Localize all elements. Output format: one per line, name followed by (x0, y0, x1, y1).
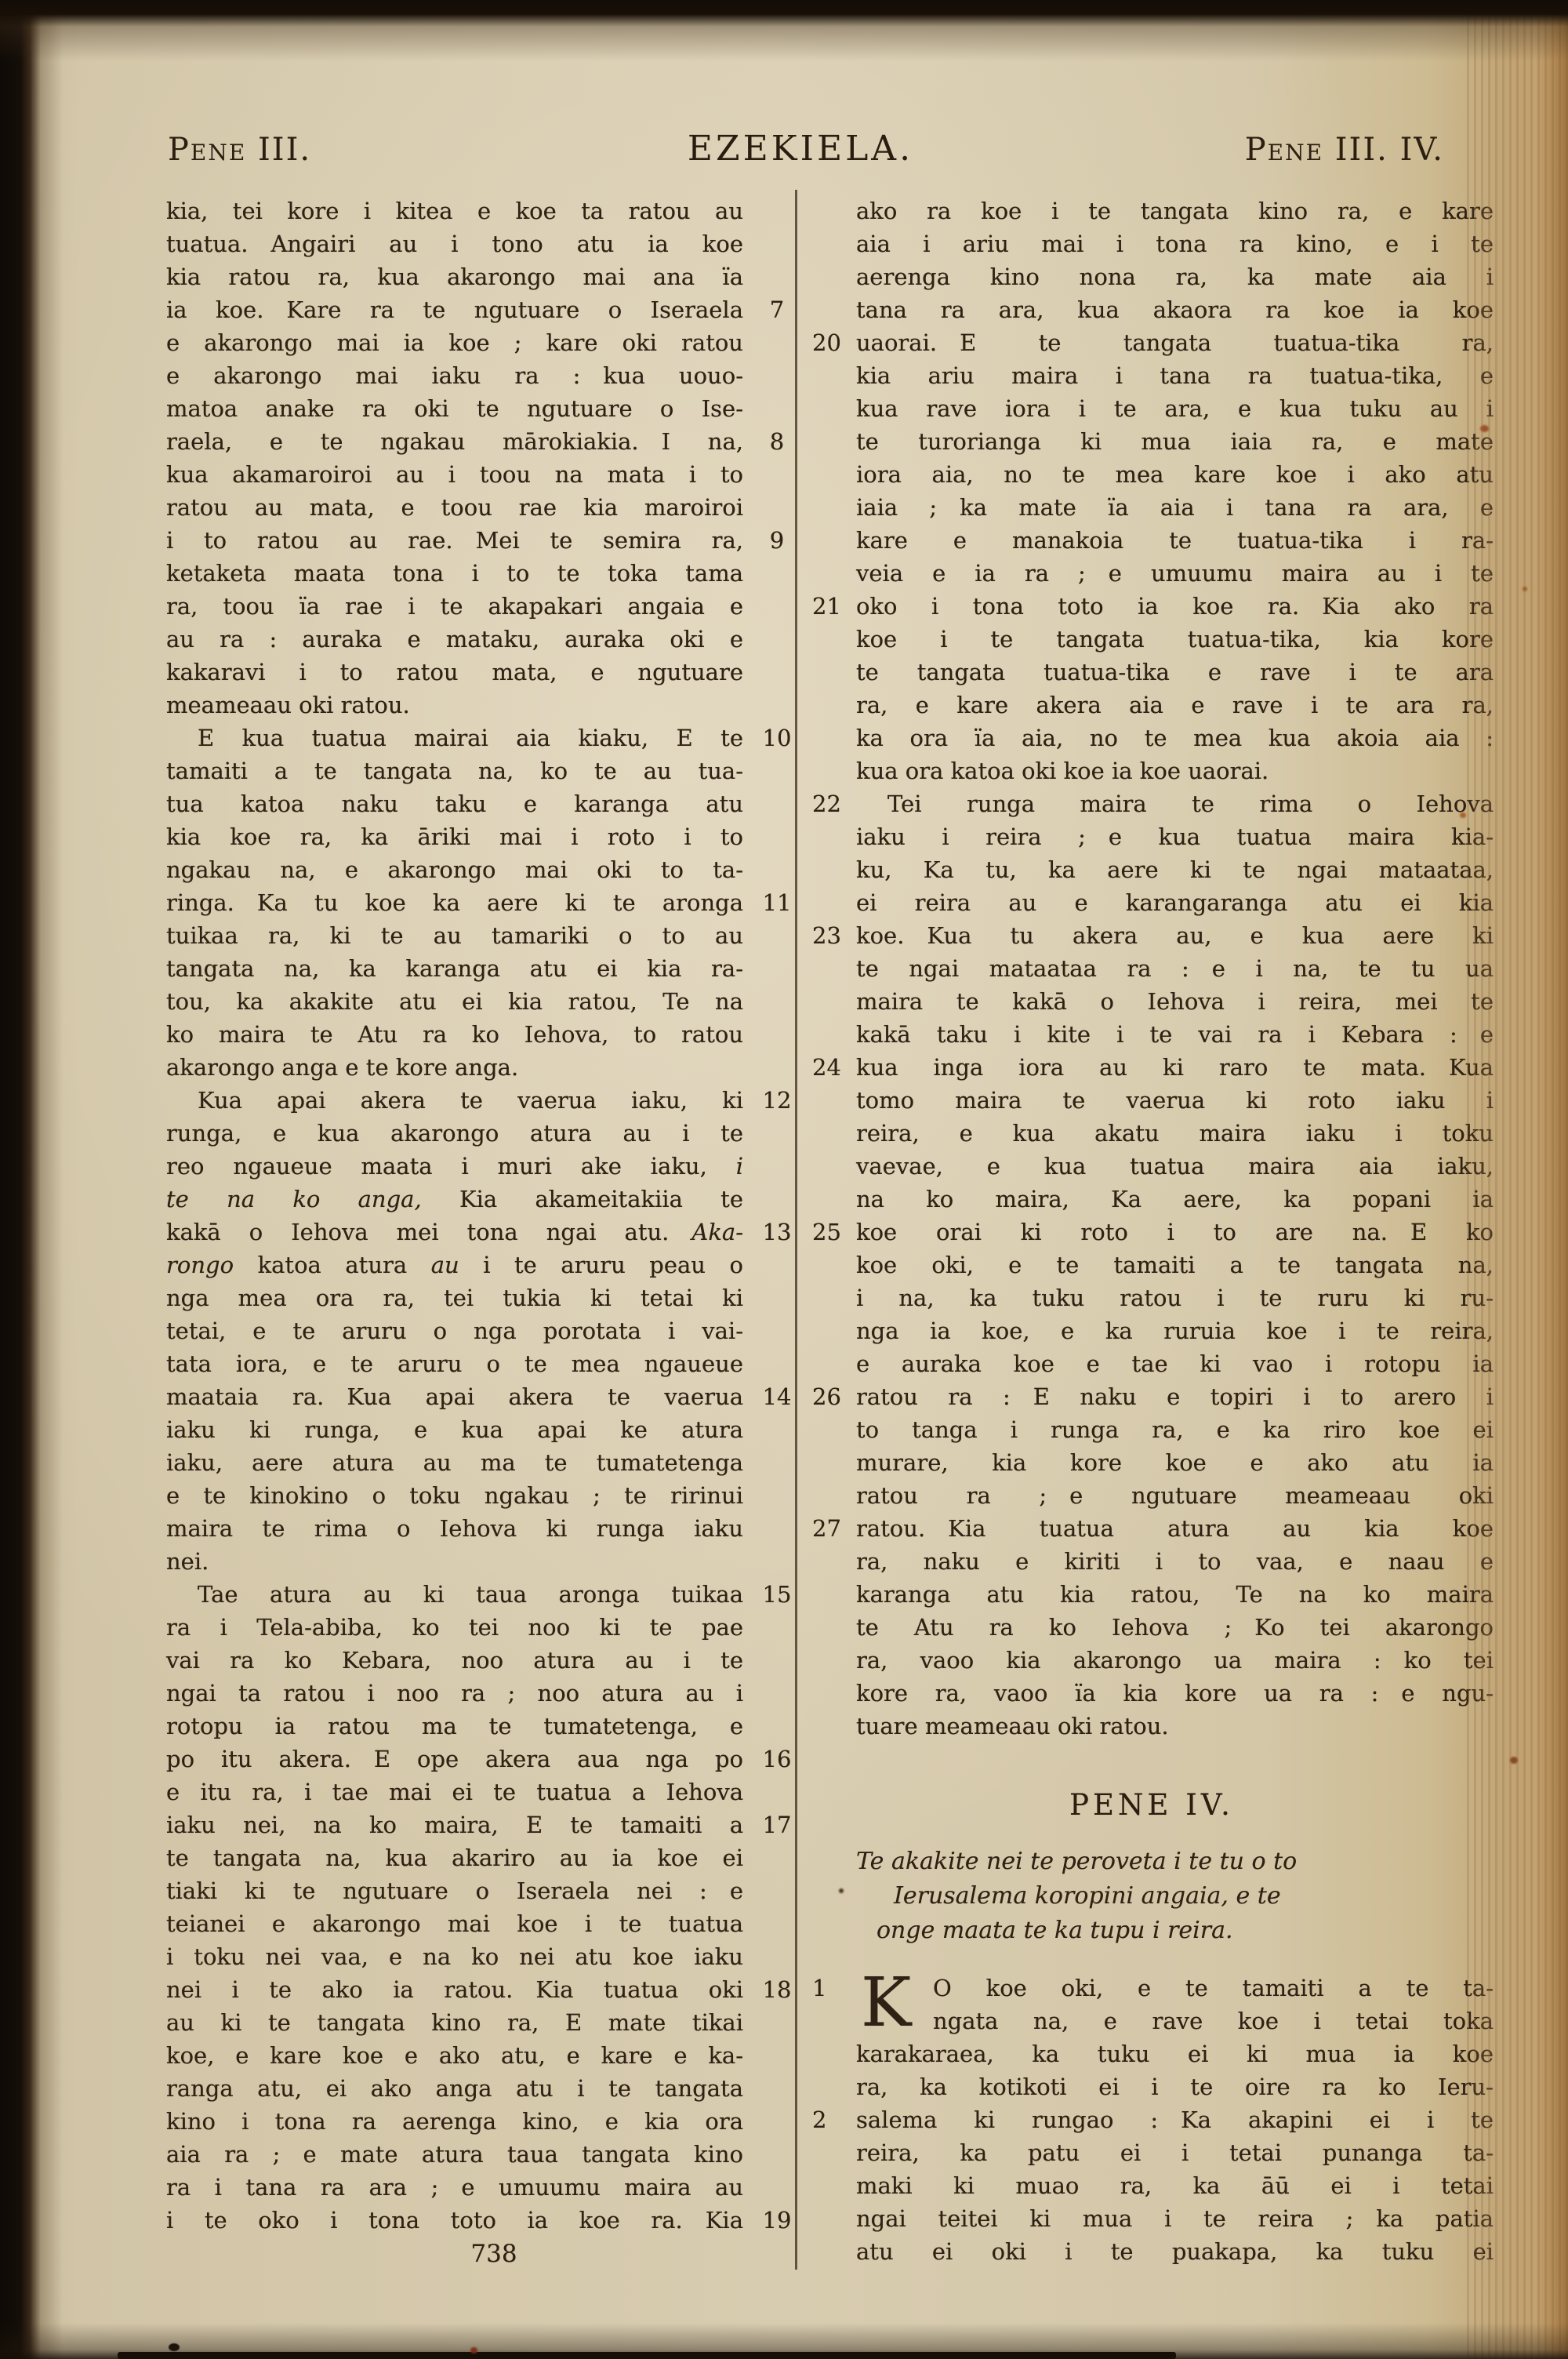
verse-gutter (743, 194, 811, 227)
verse-gutter (808, 656, 856, 689)
text-line: iaku, aere atura au ma te tumatetenga (166, 1446, 811, 1479)
foxing-spot (1523, 587, 1527, 591)
text-line: tuikaa ra, ki te au tamariki o to au (166, 919, 811, 952)
line-text: te tangata na, kua akariro au ia koe ei (166, 1841, 743, 1874)
line-text: ketaketa maata tona i to te toka tama (166, 557, 743, 590)
verse-gutter (743, 260, 811, 293)
text-line: tiaki ki te ngutuare o Iseraela nei : e (166, 1874, 811, 1907)
verse-number: 8 (743, 425, 811, 458)
summary-line: Ierusalema koropini angaia, e te (808, 1879, 1496, 1914)
verse-gutter (743, 2006, 811, 2039)
text-line: e te kinokino o toku ngakau ; te ririnui (166, 1479, 811, 1512)
text-line: tamaiti a te tangata na, ko te au tua- (166, 754, 811, 787)
line-text: ra, ka kotikoti ei i te oire ra ko Ieru- (856, 2070, 1494, 2103)
line-text: ia koe. Kare ra te ngutuare o Iseraela (166, 293, 743, 326)
line-text: rongo katoa atura au i te aruru peau o (166, 1249, 743, 1281)
text-line: te turorianga ki mua iaia ra, e mate (808, 425, 1496, 458)
text-line: 25koe orai ki roto i to are na. E ko (808, 1216, 1496, 1249)
text-line: te tangata na, kua akariro au ia koe ei (166, 1841, 811, 1874)
line-text: kua akamaroiroi au i toou na mata i to (166, 458, 743, 491)
verse-gutter (743, 754, 811, 787)
verse-gutter (743, 491, 811, 524)
text-line: nei i te ako ia ratou. Kia tuatua oki18 (166, 1973, 811, 2006)
line-text: ngata na, e rave koe i tetai toka (856, 2005, 1494, 2037)
line-text: tua katoa naku taku e karanga atu (166, 787, 743, 820)
text-line: e itu ra, i tae mai ei te tuatua a Iehov… (166, 1776, 811, 1808)
text-line: ko maira te Atu ra ko Iehova, to ratou (166, 1018, 811, 1051)
line-text: vai ra ko Kebara, noo atura au i te (166, 1644, 743, 1677)
text-line: veia e ia ra ; e umuumu maira au i te (808, 557, 1496, 590)
verse-number: 15 (743, 1578, 811, 1611)
verse-gutter (743, 1347, 811, 1380)
verse-gutter (743, 689, 811, 722)
text-line: iaku ki runga, e kua apai ke atura (166, 1413, 811, 1446)
verse-gutter (808, 1347, 856, 1380)
verse-gutter (808, 722, 856, 754)
text-line: ka ora ïa aia, no te mea kua akoia aia : (808, 722, 1496, 754)
line-text: i to ratou au rae. Mei te semira ra, (166, 524, 743, 557)
verse-gutter (808, 853, 856, 886)
text-line: aia i ariu mai i tona ra kino, e i te (808, 227, 1496, 260)
text-line: ra i Tela-abiba, ko tei noo ki te pae (166, 1611, 811, 1644)
text-line: ra, e kare akera aia e rave i te ara ra, (808, 689, 1496, 722)
line-text: te na ko anga, Kia akameitakiia te (166, 1183, 743, 1216)
verse-number: 25 (808, 1216, 856, 1249)
line-text: oko i tona toto ia koe ra. Kia ako ra (856, 590, 1494, 623)
verse-number: 21 (808, 590, 856, 623)
verse-gutter (743, 1874, 811, 1907)
text-line: te Atu ra ko Iehova ; Ko tei akarongo (808, 1611, 1496, 1644)
text-line: iaku i reira ; e kua tuatua maira kia- (808, 820, 1496, 853)
foxing-spot (1480, 425, 1489, 432)
verse-gutter (808, 1117, 856, 1150)
text-line: ngai ta ratou i noo ra ; noo atura au i (166, 1677, 811, 1710)
text-line: 23koe. Kua tu akera au, e kua aere ki (808, 919, 1496, 952)
verse-gutter (743, 326, 811, 359)
text-line: reira, e kua akatu maira iaku i toku (808, 1117, 1496, 1150)
text-line: vai ra ko Kebara, noo atura au i te (166, 1644, 811, 1677)
text-line: kare e manakoia te tuatua-tika i ra- (808, 524, 1496, 557)
verse-gutter (808, 557, 856, 590)
line-text: tomo maira te vaerua ki roto iaku i (856, 1084, 1494, 1117)
chapter-heading: PENE IV. (808, 1787, 1496, 1824)
bottom-speck (169, 2343, 180, 2351)
verse-gutter (808, 952, 856, 985)
text-line: kakaravi i to ratou mata, e ngutuare (166, 656, 811, 689)
text-line: maki ki muao ra, ka āū ei i tetai (808, 2169, 1496, 2202)
verse-number: 17 (743, 1808, 811, 1841)
verse-gutter (808, 1545, 856, 1578)
verse-gutter (743, 1051, 811, 1084)
text-line: iaku nei, na ko maira, E te tamaiti a17 (166, 1808, 811, 1841)
verse-number: 7 (743, 293, 811, 326)
text-line: i toku nei vaa, e na ko nei atu koe iaku (166, 1940, 811, 1973)
verse-gutter (743, 1150, 811, 1183)
line-text: E kua tuatua mairai aia kiaku, E te (166, 722, 743, 754)
line-text: kua ora katoa oki koe ia koe uaorai. (856, 754, 1494, 787)
line-text: atu ei oki i te puakapa, ka tuku ei (856, 2235, 1494, 2268)
line-text: ra, vaoo kia akarongo ua maira : ko tei (856, 1644, 1494, 1677)
verse-number: 18 (743, 1973, 811, 2006)
line-text: nei. (166, 1545, 743, 1578)
line-text: ra, e kare akera aia e rave i te ara ra, (856, 689, 1494, 722)
text-line: ia koe. Kare ra te ngutuare o Iseraela7 (166, 293, 811, 326)
verse-number: 24 (808, 1051, 856, 1084)
text-line: ei reira au e karangaranga atu ei kia (808, 886, 1496, 919)
line-text: tuare meameaau oki ratou. (856, 1710, 1494, 1743)
text-line: i to ratou au rae. Mei te semira ra,9 (166, 524, 811, 557)
verse-gutter (743, 1907, 811, 1940)
text-line: ra i tana ra ara ; e umuumu maira au (166, 2171, 811, 2204)
verse-gutter (808, 491, 856, 524)
verse-gutter (808, 425, 856, 458)
line-text: tuikaa ra, ki te au tamariki o to au (166, 919, 743, 952)
line-text: tuatua. Angairi au i tono atu ia koe (166, 227, 743, 260)
verse-gutter (743, 623, 811, 656)
summary-line: Te akakite nei te peroveta i te tu o to (808, 1845, 1496, 1879)
verse-gutter (808, 260, 856, 293)
line-text: te ngai mataataa ra : e i na, te tu ua (856, 952, 1494, 985)
line-text: nei i te ako ia ratou. Kia tuatua oki (166, 1973, 743, 2006)
text-line: au ki te tangata kino ra, E mate tikai (166, 2006, 811, 2039)
text-line: reo ngaueue maata i muri ake iaku, i (166, 1150, 811, 1183)
line-text: ko maira te Atu ra ko Iehova, to ratou (166, 1018, 743, 1051)
line-text: ngakau na, e akarongo mai oki to ta- (166, 853, 743, 886)
text-line: teianei e akarongo mai koe i te tuatua (166, 1907, 811, 1940)
text-line: tana ra ara, kua akaora ra koe ia koe (808, 293, 1496, 326)
line-text: salema ki rungao : Ka akapini ei i te (856, 2103, 1494, 2136)
verse-gutter (808, 1249, 856, 1281)
verse-gutter (743, 557, 811, 590)
verse-gutter (743, 1249, 811, 1281)
verse-gutter (743, 1314, 811, 1347)
verse-gutter (808, 1677, 856, 1710)
verse-gutter (743, 1611, 811, 1644)
verse-number: 27 (808, 1512, 856, 1545)
verse-gutter (743, 1117, 811, 1150)
text-line: kore ra, vaoo ïa kia kore ua ra : e ngu- (808, 1677, 1496, 1710)
line-text: aerenga kino nona ra, ka mate aia i (856, 260, 1494, 293)
verse-gutter (743, 2105, 811, 2138)
text-line: te tangata tuatua-tika e rave i te ara (808, 656, 1496, 689)
line-text: karakaraea, ka tuku ei ki mua ia koe (856, 2037, 1494, 2070)
verse-number: 14 (743, 1380, 811, 1413)
text-line: kakā o Iehova mei tona ngai atu. Aka-13 (166, 1216, 811, 1249)
line-text: kia, tei kore i kitea e koe ta ratou au (166, 194, 743, 227)
page-number: 738 (188, 2240, 800, 2268)
text-line: runga, e kua akarongo atura au i te (166, 1117, 811, 1150)
text-segment: reo ngaueue maata i muri ake iaku, (166, 1153, 736, 1179)
text-line: iaia ; ka mate ïa aia i tana ra ara, e (808, 491, 1496, 524)
text-line: akarongo anga e te kore anga. (166, 1051, 811, 1084)
line-text: ratou au mata, e toou rae kia maroiroi (166, 491, 743, 524)
line-text: reira, e kua akatu maira iaku i toku (856, 1117, 1494, 1150)
verse-number: 2 (808, 2103, 856, 2136)
text-segment: katoa atura (234, 1252, 431, 1278)
text-line: tangata na, ka karanga atu ei kia ra- (166, 952, 811, 985)
line-text: au ra : auraka e mataku, auraka oki e (166, 623, 743, 656)
verse-gutter (808, 2202, 856, 2235)
line-text: iaia ; ka mate ïa aia i tana ra ara, e (856, 491, 1494, 524)
line-text: iaku i reira ; e kua tuatua maira kia- (856, 820, 1494, 853)
text-line: i te oko i tona toto ia koe ra. Kia19 (166, 2204, 811, 2237)
text-line: ra, naku e kiriti i to vaa, e naau e (808, 1545, 1496, 1578)
verse-gutter (808, 1084, 856, 1117)
left-column: kia, tei kore i kitea e koe ta ratou aut… (166, 194, 811, 2237)
line-text: aia ra ; e mate atura taua tangata kino (166, 2138, 743, 2171)
verse-gutter (743, 1776, 811, 1808)
text-line: 2salema ki rungao : Ka akapini ei i te (808, 2103, 1496, 2136)
line-text: tamaiti a te tangata na, ko te au tua- (166, 754, 743, 787)
text-line: tetai, e te aruru o nga porotata i vai- (166, 1314, 811, 1347)
line-text: to tanga i runga ra, e ka riro koe ei (856, 1413, 1494, 1446)
text-line: Kua apai akera te vaerua iaku, ki12 (166, 1084, 811, 1117)
header-right-chapter: Pene III. IV. (1245, 132, 1444, 168)
text-line: 22Tei runga maira te rima o Iehova (808, 787, 1496, 820)
verse-gutter (808, 754, 856, 787)
line-text: maira te rima o Iehova ki runga iaku (166, 1512, 743, 1545)
verse-number: 23 (808, 919, 856, 952)
verse-gutter (743, 1479, 811, 1512)
text-line: e akarongo mai ia koe ; kare oki ratou (166, 326, 811, 359)
verse-number: 22 (808, 787, 856, 820)
verse-gutter (743, 1545, 811, 1578)
verse-gutter (743, 1841, 811, 1874)
text-line: ketaketa maata tona i to te toka tama (166, 557, 811, 590)
line-text: KO koe oki, e te tamaiti a te ta- (856, 1972, 1494, 2005)
line-text: te tangata tuatua-tika e rave i te ara (856, 656, 1494, 689)
line-text: tiaki ki te ngutuare o Iseraela nei : e (166, 1874, 743, 1907)
verse-gutter (743, 392, 811, 425)
italic-text-segment: te na ko anga, (166, 1186, 422, 1212)
line-text: murare, kia kore koe e ako atu ia (856, 1446, 1494, 1479)
text-line: ngata na, e rave koe i tetai toka (808, 2005, 1496, 2037)
text-line: rongo katoa atura au i te aruru peau o (166, 1249, 811, 1281)
verse-gutter (743, 590, 811, 623)
text-line: kino i tona ra aerenga kino, e kia ora (166, 2105, 811, 2138)
line-text: ra i Tela-abiba, ko tei noo ki te pae (166, 1611, 743, 1644)
line-text: i na, ka tuku ratou i te ruru ki ru- (856, 1281, 1494, 1314)
italic-text-segment: i (736, 1153, 743, 1179)
line-text: e akarongo mai ia koe ; kare oki ratou (166, 326, 743, 359)
line-text: tata iora, e te aruru o te mea ngaueue (166, 1347, 743, 1380)
text-line: te na ko anga, Kia akameitakiia te (166, 1183, 811, 1216)
text-line: maira te kakā o Iehova i reira, mei te (808, 985, 1496, 1018)
verse-gutter (743, 853, 811, 886)
text-line: koe, e kare koe e ako atu, e kare e ka- (166, 2039, 811, 2072)
line-text: e te kinokino o toku ngakau ; te ririnui (166, 1479, 743, 1512)
text-line: kia ratou ra, kua akarongo mai ana ïa (166, 260, 811, 293)
verse-number: 11 (743, 886, 811, 919)
line-text: ka ora ïa aia, no te mea kua akoia aia : (856, 722, 1494, 754)
line-text: meameaau oki ratou. (166, 689, 743, 722)
text-line: maataia ra. Kua apai akera te vaerua14 (166, 1380, 811, 1413)
text-line: tuatua. Angairi au i tono atu ia koe (166, 227, 811, 260)
verse-gutter (808, 1183, 856, 1216)
verse-gutter (743, 985, 811, 1018)
verse-gutter (743, 1413, 811, 1446)
verse-number: 26 (808, 1380, 856, 1413)
line-text: ngai ta ratou i noo ra ; noo atura au i (166, 1677, 743, 1710)
verse-number: 20 (808, 326, 856, 359)
line-text: kia ariu maira i tana ra tuatua-tika, e (856, 359, 1494, 392)
text-line: ako ra koe i te tangata kino ra, e kare (808, 194, 1496, 227)
text-line: vaevae, e kua tuatua maira aia iaku, (808, 1150, 1496, 1183)
verse-gutter (808, 1710, 856, 1743)
text-line: ku, Ka tu, ka aere ki te ngai mataataa, (808, 853, 1496, 886)
text-line: aerenga kino nona ra, ka mate aia i (808, 260, 1496, 293)
line-text: e itu ra, i tae mai ei te tuatua a Iehov… (166, 1776, 743, 1808)
text-line: nei. (166, 1545, 811, 1578)
line-text: rotopu ia ratou ma te tumatetenga, e (166, 1710, 743, 1743)
text-segment: kakā o Iehova mei tona ngai atu. (166, 1219, 691, 1245)
line-text: aia i ariu mai i tona ra kino, e i te (856, 227, 1494, 260)
line-text: iaku, aere atura au ma te tumatetenga (166, 1446, 743, 1479)
line-text: Tei runga maira te rima o Iehova (856, 787, 1494, 820)
verse-gutter (743, 227, 811, 260)
line-text: kua rave iora i te ara, e kua tuku au i (856, 392, 1494, 425)
verse-gutter (808, 1578, 856, 1611)
italic-text-segment: Aka- (691, 1219, 743, 1245)
line-text: koe. Kua tu akera au, e kua aere ki (856, 919, 1494, 952)
verse-gutter (808, 2169, 856, 2202)
verse-gutter (808, 1150, 856, 1183)
text-line: na ko maira, Ka aere, ka popani ia (808, 1183, 1496, 1216)
text-line: kakā taku i kite i te vai ra i Kebara : … (808, 1018, 1496, 1051)
text-line: to tanga i runga ra, e ka riro koe ei (808, 1413, 1496, 1446)
text-line: 20uaorai. E te tangata tuatua-tika ra, (808, 326, 1496, 359)
verse-gutter (808, 820, 856, 853)
line-text: koe i te tangata tuatua-tika, kia kore (856, 623, 1494, 656)
foxing-spot (1460, 812, 1466, 818)
text-segment: Kia akameitakiia te (422, 1186, 743, 1212)
summary-line: onge maata te ka tupu i reira. (808, 1914, 1496, 1948)
verse-gutter (743, 2039, 811, 2072)
line-text: Kua apai akera te vaerua iaku, ki (166, 1084, 743, 1117)
line-text: tangata na, ka karanga atu ei kia ra- (166, 952, 743, 985)
verse-gutter (808, 2235, 856, 2268)
text-line: tou, ka akakite atu ei kia ratou, Te na (166, 985, 811, 1018)
verse-gutter (808, 458, 856, 491)
scan-bottom-strip (118, 2352, 1176, 2359)
verse-gutter (808, 1446, 856, 1479)
line-text: kare e manakoia te tuatua-tika i ra- (856, 524, 1494, 557)
text-line: tua katoa naku taku e karanga atu (166, 787, 811, 820)
text-line: iora aia, no te mea kare koe i ako atu (808, 458, 1496, 491)
verse-gutter (743, 2138, 811, 2171)
line-text: ra i tana ra ara ; e umuumu maira au (166, 2171, 743, 2204)
line-text: i te oko i tona toto ia koe ra. Kia (166, 2204, 743, 2237)
running-header: Pene III. EZEKIELA. Pene III. IV. (0, 132, 1568, 176)
line-text: ngai teitei ki mua i te reira ; ka patia (856, 2202, 1494, 2235)
line-text: runga, e kua akarongo atura au i te (166, 1117, 743, 1150)
text-line: 1KO koe oki, e te tamaiti a te ta- (808, 1972, 1496, 2005)
line-text: akarongo anga e te kore anga. (166, 1051, 743, 1084)
line-text: raela, e te ngakau mārokiakia. I na, (166, 425, 743, 458)
text-line: kia ariu maira i tana ra tuatua-tika, e (808, 359, 1496, 392)
verse-gutter (743, 1940, 811, 1973)
text-line: ra, vaoo kia akarongo ua maira : ko tei (808, 1644, 1496, 1677)
line-text: teianei e akarongo mai koe i te tuatua (166, 1907, 743, 1940)
text-line: reira, ka patu ei i tetai punanga ta- (808, 2136, 1496, 2169)
line-text: ringa. Ka tu koe ka aere ki te aronga (166, 886, 743, 919)
text-line: ra, ka kotikoti ei i te oire ra ko Ieru- (808, 2070, 1496, 2103)
text-line: rotopu ia ratou ma te tumatetenga, e (166, 1710, 811, 1743)
verse-gutter (743, 359, 811, 392)
text-line: atu ei oki i te puakapa, ka tuku ei (808, 2235, 1496, 2268)
text-line: e akarongo mai iaku ra : kua uouo- (166, 359, 811, 392)
line-text: koe, e kare koe e ako atu, e kare e ka- (166, 2039, 743, 2072)
line-text: nga ia koe, e ka ruruia koe i te reira, (856, 1314, 1494, 1347)
line-text: reo ngaueue maata i muri ake iaku, i (166, 1150, 743, 1183)
verse-gutter (808, 2037, 856, 2070)
line-text: kakā o Iehova mei tona ngai atu. Aka- (166, 1216, 743, 1249)
verse-gutter (743, 1512, 811, 1545)
text-line: tuare meameaau oki ratou. (808, 1710, 1496, 1743)
line-text: te Atu ra ko Iehova ; Ko tei akarongo (856, 1611, 1494, 1644)
verse-gutter (743, 1281, 811, 1314)
text-line: kia, tei kore i kitea e koe ta ratou au (166, 194, 811, 227)
verse-gutter (808, 1479, 856, 1512)
text-line: koe oki, e te tamaiti a te tangata na, (808, 1249, 1496, 1281)
line-text: veia e ia ra ; e umuumu maira au i te (856, 557, 1494, 590)
line-text: iaku ki runga, e kua apai ke atura (166, 1413, 743, 1446)
verse-gutter (743, 1446, 811, 1479)
line-text: te turorianga ki mua iaia ra, e mate (856, 425, 1494, 458)
verse-gutter (743, 787, 811, 820)
verse-gutter (743, 919, 811, 952)
text-line: ranga atu, ei ako anga atu i te tangata (166, 2072, 811, 2105)
text-line: te ngai mataataa ra : e i na, te tu ua (808, 952, 1496, 985)
line-text: maki ki muao ra, ka āū ei i tetai (856, 2169, 1494, 2202)
text-line: kua akamaroiroi au i toou na mata i to (166, 458, 811, 491)
line-text: ei reira au e karangaranga atu ei kia (856, 886, 1494, 919)
line-text: ra, naku e kiriti i to vaa, e naau e (856, 1545, 1494, 1578)
line-text: karanga atu kia ratou, Te na ko maira (856, 1578, 1494, 1611)
text-line: po itu akera. E ope akera aua nga po16 (166, 1743, 811, 1776)
verse-number: 16 (743, 1743, 811, 1776)
line-text: maira te kakā o Iehova i reira, mei te (856, 985, 1494, 1018)
verse-gutter (743, 458, 811, 491)
text-line: ra, toou ïa rae i te akapakari angaia e (166, 590, 811, 623)
text-line: kua ora katoa oki koe ia koe uaorai. (808, 754, 1496, 787)
verse-gutter (743, 2072, 811, 2105)
verse-number: 13 (743, 1216, 811, 1249)
verse-gutter (808, 1611, 856, 1644)
line-text: e akarongo mai iaku ra : kua uouo- (166, 359, 743, 392)
line-text: i toku nei vaa, e na ko nei atu koe iaku (166, 1940, 743, 1973)
text-line: tomo maira te vaerua ki roto iaku i (808, 1084, 1496, 1117)
text-line: raela, e te ngakau mārokiakia. I na,8 (166, 425, 811, 458)
text-line: 27ratou. Kia tuatua atura au kia koe (808, 1512, 1496, 1545)
verse-gutter (743, 820, 811, 853)
book-page-scan: Pene III. EZEKIELA. Pene III. IV. kia, t… (0, 0, 1568, 2359)
verse-gutter (808, 524, 856, 557)
verse-gutter (808, 392, 856, 425)
line-text: ratou. Kia tuatua atura au kia koe (856, 1512, 1494, 1545)
verse-gutter (743, 1677, 811, 1710)
verse-gutter (743, 1018, 811, 1051)
verse-gutter (808, 985, 856, 1018)
line-text: ako ra koe i te tangata kino ra, e kare (856, 194, 1494, 227)
verse-gutter (743, 2171, 811, 2204)
line-text: koe orai ki roto i to are na. E ko (856, 1216, 1494, 1249)
text-line: ratou ra ; e ngutuare meameaau oki (808, 1479, 1496, 1512)
line-text: tou, ka akakite atu ei kia ratou, Te na (166, 985, 743, 1018)
chapter-summary: Te akakite nei te peroveta i te tu o toI… (808, 1845, 1496, 1948)
text-line: kia koe ra, ka āriki mai i roto i to (166, 820, 811, 853)
line-text: kia ratou ra, kua akarongo mai ana ïa (166, 260, 743, 293)
